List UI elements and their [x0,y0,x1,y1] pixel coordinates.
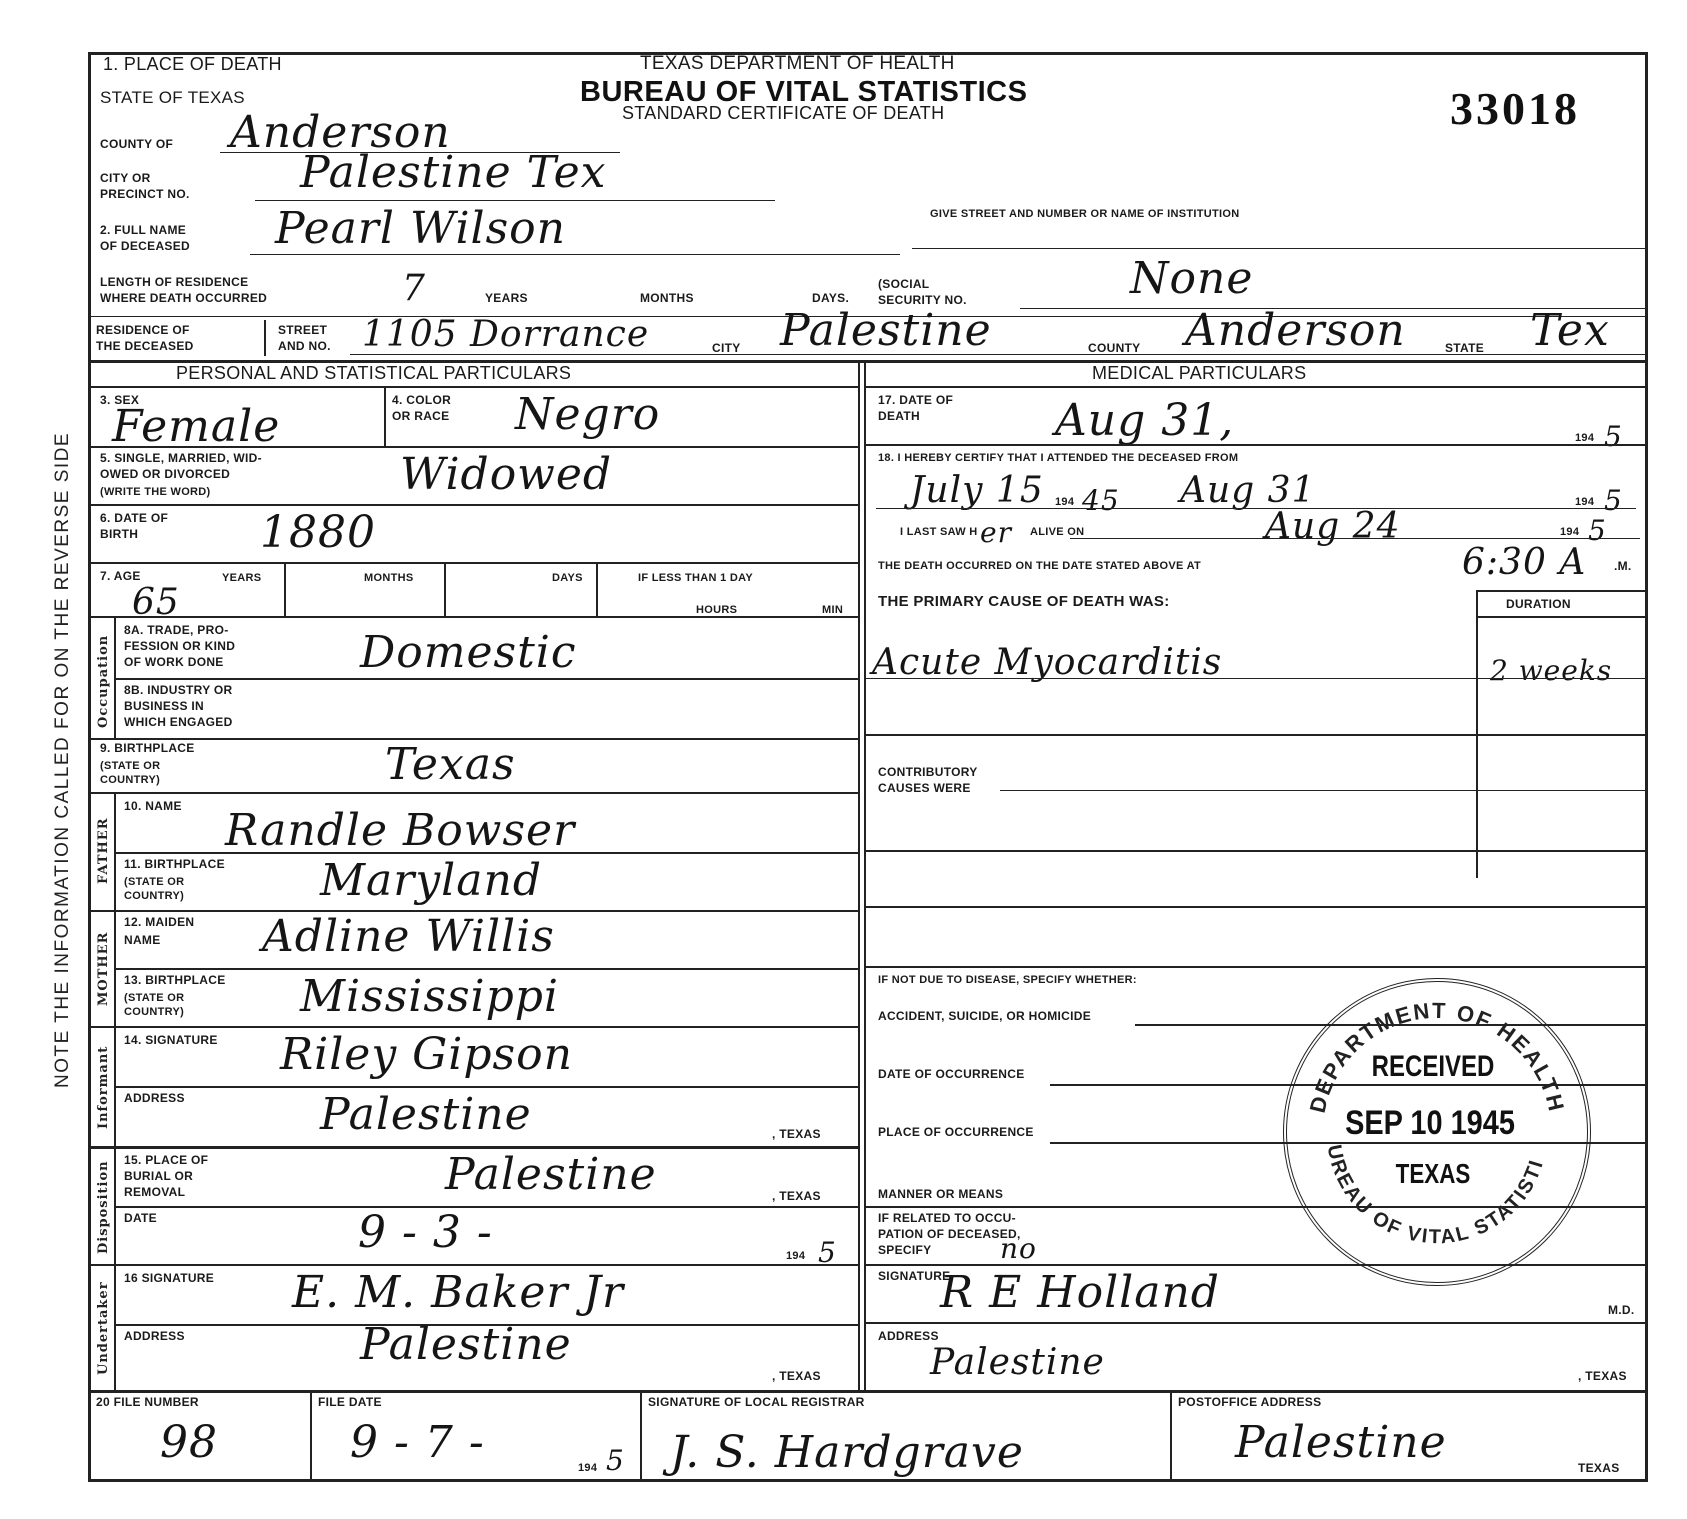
residence-label-1: RESIDENCE OF [96,324,190,337]
marital-label-3: (WRITE THE WORD) [100,486,211,498]
father-birthplace-label-2: (STATE OR [124,876,184,888]
burial-label-2: BURIAL OR [124,1170,193,1183]
last-saw-label-1: I LAST SAW H [900,526,978,538]
place-of-death-label: 1. PLACE OF DEATH [103,57,282,72]
burial-label-1: 15. PLACE OF [124,1154,208,1167]
age-value: 65 [132,580,180,626]
race-label-1: 4. COLOR [392,394,451,407]
dod-year-prefix: 194 [1575,432,1594,444]
industry-label-3: WHICH ENGAGED [124,716,233,729]
race-label-2: OR RACE [392,410,449,423]
age-years-label: YEARS [222,572,261,584]
age-less-than-day-label: IF LESS THAN 1 DAY [638,572,753,584]
occupation-related-label-1: IF RELATED TO OCCU- [878,1212,1016,1225]
dod-label-2: DEATH [878,410,920,423]
postoffice-texas-label: TEXAS [1578,1462,1620,1475]
trade-value: Domestic [360,630,577,676]
informant-side-label: Informant [96,1030,112,1144]
marital-value: Widowed [400,452,612,498]
informant-address-value: Palestine [320,1092,532,1138]
days-label: DAYS. [812,292,849,305]
dod-value: Aug 31, [1055,398,1234,444]
full-name-label-1: 2. FULL NAME [100,224,186,237]
last-saw-value: Aug 24 [1265,504,1400,550]
industry-label-1: 8B. INDUSTRY OR [124,684,233,697]
stamp-date: SEP 10 1945 [1320,1104,1541,1143]
mother-name-label-2: NAME [124,934,161,947]
accident-label: ACCIDENT, SUICIDE, OR HOMICIDE [878,1010,1091,1023]
undertaker-texas-label: , TEXAS [772,1370,821,1383]
marital-label-1: 5. SINGLE, MARRIED, WID- [100,452,262,465]
personal-section-title: PERSONAL AND STATISTICAL PARTICULARS [176,366,571,381]
registrar-label: SIGNATURE OF LOCAL REGISTRAR [648,1396,865,1409]
undertaker-address-label: ADDRESS [124,1330,185,1343]
residence-length-label-2: WHERE DEATH OCCURRED [100,292,267,305]
burial-texas-label: , TEXAS [772,1190,821,1203]
burial-value: Palestine [445,1152,657,1198]
informant-address-label: ADDRESS [124,1092,185,1105]
father-side-label: FATHER [96,796,112,906]
race-value: Negro [515,392,660,438]
ssn-label-1: (SOCIAL [878,278,929,291]
registrar-value: J. S. Hardgrave [670,1430,1024,1476]
age-hours-label: HOURS [696,604,737,616]
industry-label-2: BUSINESS IN [124,700,204,713]
father-name-label: 10. NAME [124,800,182,813]
sex-value: Female [112,404,280,450]
deceased-name-value: Pearl Wilson [275,206,566,252]
md-label: M.D. [1608,1304,1635,1317]
marital-label-2: OWED OR DIVORCED [100,468,230,481]
duration-value: 2 weeks [1490,648,1612,694]
postoffice-value: Palestine [1235,1420,1447,1466]
last-saw-year-suffix: 5 [1588,508,1607,554]
dob-label-1: 6. DATE OF [100,512,168,525]
birthplace-value: Texas [385,742,516,788]
street-value: 1105 Dorrance [362,312,649,358]
physician-signature-value: R E Holland [940,1270,1220,1316]
ssn-value: None [1130,256,1253,302]
residence-city-value: Palestine [780,308,992,354]
disposition-side-label: Disposition [96,1150,112,1264]
undertaker-side-label: Undertaker [96,1268,112,1388]
city-label-2: PRECINCT NO. [100,188,190,201]
burial-year-prefix: 194 [786,1250,805,1262]
attended-from-year-suffix: 45 [1082,478,1120,524]
attended-from-year-prefix: 194 [1055,496,1074,508]
certificate-subtitle: STANDARD CERTIFICATE OF DEATH [622,106,944,121]
contributory-label-2: CAUSES WERE [878,782,971,795]
burial-label-3: REMOVAL [124,1186,185,1199]
certificate-number: 33018 [1450,82,1580,135]
informant-signature-label: 14. SIGNATURE [124,1034,218,1047]
time-value: 6:30 A [1462,540,1586,586]
place-occurrence-label: PLACE OF OCCURRENCE [878,1126,1034,1139]
street-label-1: STREET [278,324,327,337]
age-months-label: MONTHS [364,572,413,584]
file-date-year-prefix: 194 [578,1462,597,1474]
reverse-side-note: NOTE THE INFORMATION CALLED FOR ON THE R… [52,340,74,1180]
department-title: TEXAS DEPARTMENT OF HEALTH [640,56,955,71]
not-disease-label: IF NOT DUE TO DISEASE, SPECIFY WHETHER: [878,974,1137,986]
trade-label-1: 8A. TRADE, PRO- [124,624,229,637]
file-number-value: 98 [160,1420,218,1466]
cause-label: THE PRIMARY CAUSE OF DEATH WAS: [878,594,1170,609]
full-name-label-2: OF DECEASED [100,240,190,253]
street-label-2: AND NO. [278,340,331,353]
file-date-label: FILE DATE [318,1396,382,1409]
undertaker-address-value: Palestine [360,1322,572,1368]
informant-texas-label: , TEXAS [772,1128,821,1141]
residence-label-2: THE DECEASED [96,340,194,353]
age-days-label: DAYS [552,572,583,584]
trade-label-2: FESSION OR KIND [124,640,235,653]
years-label: YEARS [485,292,528,305]
medical-section-title: MEDICAL PARTICULARS [1092,366,1306,381]
time-label: THE DEATH OCCURRED ON THE DATE STATED AB… [878,560,1201,572]
physician-address-value: Palestine [930,1340,1105,1386]
birthplace-label-3: COUNTRY) [100,774,160,786]
last-saw-year-prefix: 194 [1560,526,1579,538]
father-name-value: Randle Bowser [225,808,575,854]
birthplace-label-1: 9. BIRTHPLACE [100,742,195,755]
last-saw-label-2: ALIVE ON [1030,526,1084,538]
certify-label: 18. I HEREBY CERTIFY THAT I ATTENDED THE… [878,452,1238,464]
residence-state-value: Tex [1530,308,1610,354]
years-value: 7 [402,266,426,312]
trade-label-3: OF WORK DONE [124,656,224,669]
father-birthplace-value: Maryland [320,858,542,904]
mother-birthplace-label-1: 13. BIRTHPLACE [124,974,226,987]
undertaker-signature-label: 16 SIGNATURE [124,1272,214,1285]
mother-name-value: Adline Willis [262,914,555,960]
dod-year-suffix: 5 [1604,414,1623,460]
file-date-value: 9 - 7 - [350,1420,485,1466]
state-label: STATE OF TEXAS [100,90,245,105]
cause-value: Acute Myocarditis [872,640,1222,686]
age-min-label: MIN [822,604,843,616]
manner-label: MANNER OR MEANS [878,1188,1003,1201]
duration-label: DURATION [1506,598,1571,611]
mother-name-label-1: 12. MAIDEN [124,916,194,929]
burial-date-value: 9 - 3 - [358,1210,493,1256]
father-birthplace-label-3: COUNTRY) [124,890,184,902]
physician-texas-label: , TEXAS [1578,1370,1627,1383]
mother-birthplace-label-2: (STATE OR [124,992,184,1004]
mother-birthplace-value: Mississippi [300,974,559,1020]
informant-signature-value: Riley Gipson [280,1032,573,1078]
mother-birthplace-label-3: COUNTRY) [124,1006,184,1018]
contributory-label-1: CONTRIBUTORY [878,766,978,779]
occupation-related-label-3: SPECIFY [878,1244,931,1257]
undertaker-signature-value: E. M. Baker Jr [292,1270,624,1316]
attended-to-year-prefix: 194 [1575,496,1594,508]
occupation-side-label: Occupation [96,622,112,740]
county-label: COUNTY OF [100,138,173,151]
time-suffix: .M. [1614,560,1632,573]
city-value: Palestine Tex [300,150,606,196]
dob-value: 1880 [260,510,376,556]
city-label-1: CITY OR [100,172,151,185]
burial-date-label: DATE [124,1212,157,1225]
birthplace-label-2: (STATE OR [100,760,160,772]
file-number-label: 20 FILE NUMBER [96,1396,199,1409]
stamp-state: TEXAS [1381,1158,1485,1190]
burial-year-suffix: 5 [818,1230,837,1276]
last-saw-pronoun: er [980,510,1012,556]
residence-county-value: Anderson [1185,308,1406,354]
date-occurrence-label: DATE OF OCCURRENCE [878,1068,1025,1081]
dod-label-1: 17. DATE OF [878,394,953,407]
file-date-year-suffix: 5 [606,1438,625,1484]
postoffice-label: POSTOFFICE ADDRESS [1178,1396,1321,1409]
months-label: MONTHS [640,292,694,305]
mother-side-label: MOTHER [96,914,112,1024]
dob-label-2: BIRTH [100,528,138,541]
father-birthplace-label-1: 11. BIRTHPLACE [124,858,225,871]
stamp-received: RECEIVED [1365,1050,1501,1084]
institution-note: GIVE STREET AND NUMBER OR NAME OF INSTIT… [930,208,1239,220]
residence-length-label-1: LENGTH OF RESIDENCE [100,276,248,289]
